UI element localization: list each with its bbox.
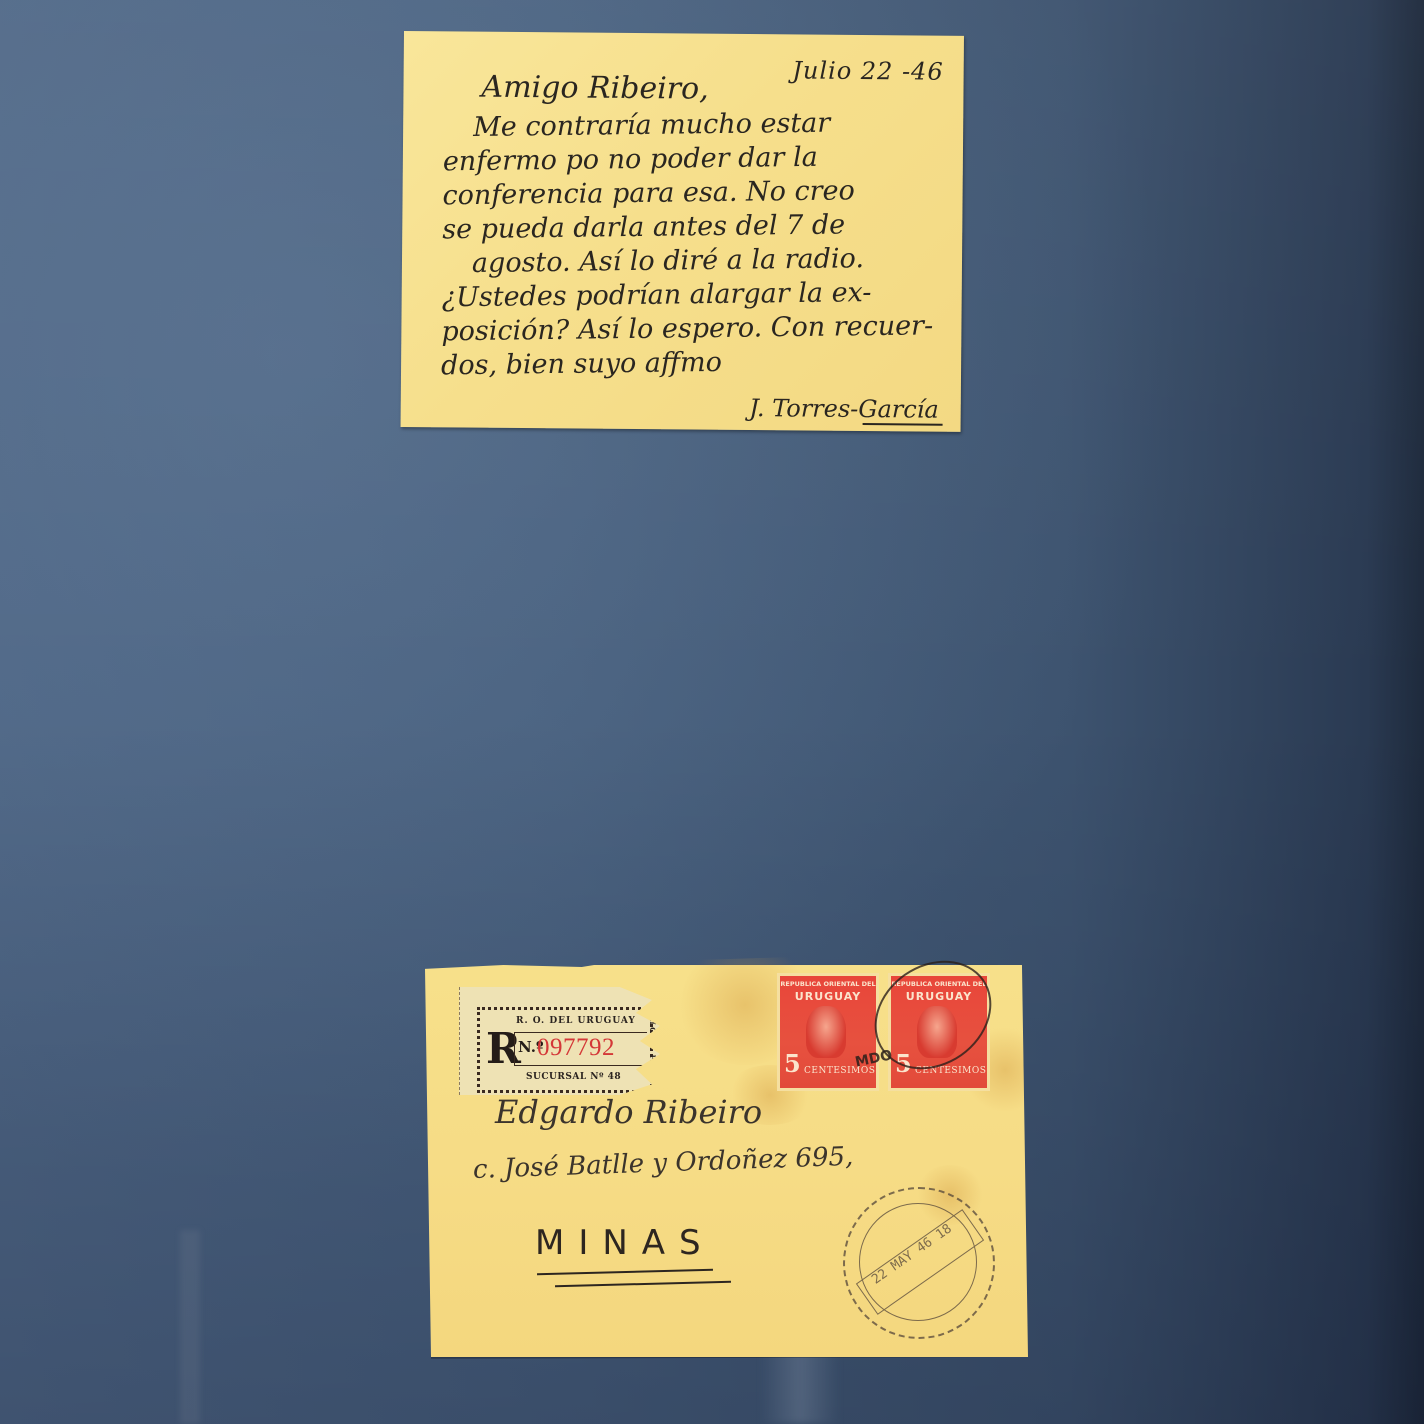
signature-underline <box>863 423 943 426</box>
note-date: Julio 22 -46 <box>792 56 944 85</box>
city-underline <box>537 1269 713 1276</box>
stamp-republic-text: REPUBLICA ORIENTAL DEL <box>780 980 876 988</box>
page-crease <box>180 1230 200 1424</box>
postage-stamp: REPUBLICA ORIENTAL DEL URUGUAY 5 CENTESI… <box>777 973 879 1091</box>
registration-box: R. O. DEL URUGUAY R N.º 097792 SUCURSAL … <box>477 1007 653 1093</box>
recipient-city: MINAS <box>535 1223 715 1263</box>
registration-side-text: SELLO DE FECHA <box>648 1003 657 1088</box>
note-signature: J. Torres-García <box>749 394 939 424</box>
stamp-value: 5 <box>784 1049 801 1078</box>
note-greeting: Amigo Ribeiro, <box>481 70 708 107</box>
recipient-name: Edgardo Ribeiro <box>495 1093 762 1131</box>
stamp-design: REPUBLICA ORIENTAL DEL URUGUAY 5 CENTESI… <box>780 976 876 1088</box>
recipient-street: c. José Batlle y Ordoñez 695, <box>472 1142 853 1185</box>
portrait-icon <box>806 1006 846 1058</box>
stamp-country: URUGUAY <box>780 990 876 1003</box>
note-line: dos, bien suyo affmo <box>441 343 961 383</box>
registration-number: 097792 <box>537 1034 615 1062</box>
registration-number-box: N.º 097792 <box>514 1032 647 1066</box>
city-underline <box>555 1281 731 1288</box>
arrival-postmark: 22 MAY 46 18 <box>843 1187 995 1339</box>
registration-header: R. O. DEL URUGUAY <box>516 1016 636 1026</box>
envelope-front: R. O. DEL URUGUAY R N.º 097792 SUCURSAL … <box>425 965 1028 1357</box>
handwritten-note-card: Julio 22 -46 Amigo Ribeiro, Me contraría… <box>401 31 964 432</box>
registration-branch: SUCURSAL Nº 48 <box>526 1072 621 1082</box>
note-body: Me contraría mucho estar enfermo po no p… <box>441 111 963 388</box>
registration-label: R. O. DEL URUGUAY R N.º 097792 SUCURSAL … <box>459 987 660 1095</box>
